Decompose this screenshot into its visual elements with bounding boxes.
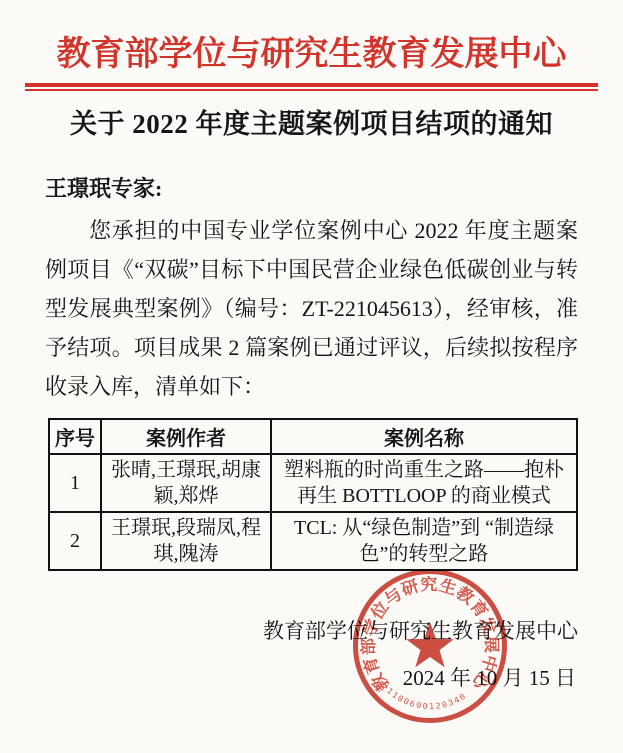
letterhead-divider (25, 83, 598, 91)
document-title: 关于 2022 年度主题案例项目结项的通知 (0, 102, 623, 141)
col-header-no: 序号 (49, 419, 101, 454)
signature-date: 2024 年 10 月 15 日 (263, 662, 576, 692)
cell-title: TCL: 从“绿色制造”到 “制造绿色”的转型之路 (271, 512, 577, 570)
cell-no: 1 (49, 454, 101, 512)
cell-authors: 张晴,王璟珉,胡康颖,郑烨 (101, 454, 271, 512)
body-paragraph: 您承担的中国专业学位案例中心 2022 年度主题案例项目《“双碳”目标下中国民营… (45, 211, 578, 406)
table-row: 2 王璟珉,段瑞凤,程琪,隗涛 TCL: 从“绿色制造”到 “制造绿色”的转型之… (49, 512, 577, 570)
signature-org: 教育部学位与研究生教育发展中心 (263, 615, 578, 645)
table-header-row: 序号 案例作者 案例名称 (49, 419, 577, 454)
col-header-title: 案例名称 (271, 419, 577, 454)
signature-block: 教育部学位与研究生教育发展中心 2024 年 10 月 15 日 (263, 615, 578, 692)
case-table: 序号 案例作者 案例名称 1 张晴,王璟珉,胡康颖,郑烨 塑料瓶的时尚重生之路—… (48, 418, 578, 571)
table-row: 1 张晴,王璟珉,胡康颖,郑烨 塑料瓶的时尚重生之路——抱朴再生 BOTTLOO… (49, 454, 577, 512)
cell-no: 2 (49, 512, 101, 570)
cell-authors: 王璟珉,段瑞凤,程琪,隗涛 (101, 512, 271, 570)
divider-thin-line (25, 89, 598, 91)
cell-title: 塑料瓶的时尚重生之路——抱朴再生 BOTTLOOP 的商业模式 (271, 454, 577, 512)
letterhead-title: 教育部学位与研究生教育发展中心 (0, 0, 623, 75)
col-header-authors: 案例作者 (101, 419, 271, 454)
divider-thick-line (25, 83, 598, 87)
document-page: 教育部学位与研究生教育发展中心 关于 2022 年度主题案例项目结项的通知 王璟… (0, 0, 623, 753)
salutation: 王璟珉专家: (45, 172, 578, 203)
